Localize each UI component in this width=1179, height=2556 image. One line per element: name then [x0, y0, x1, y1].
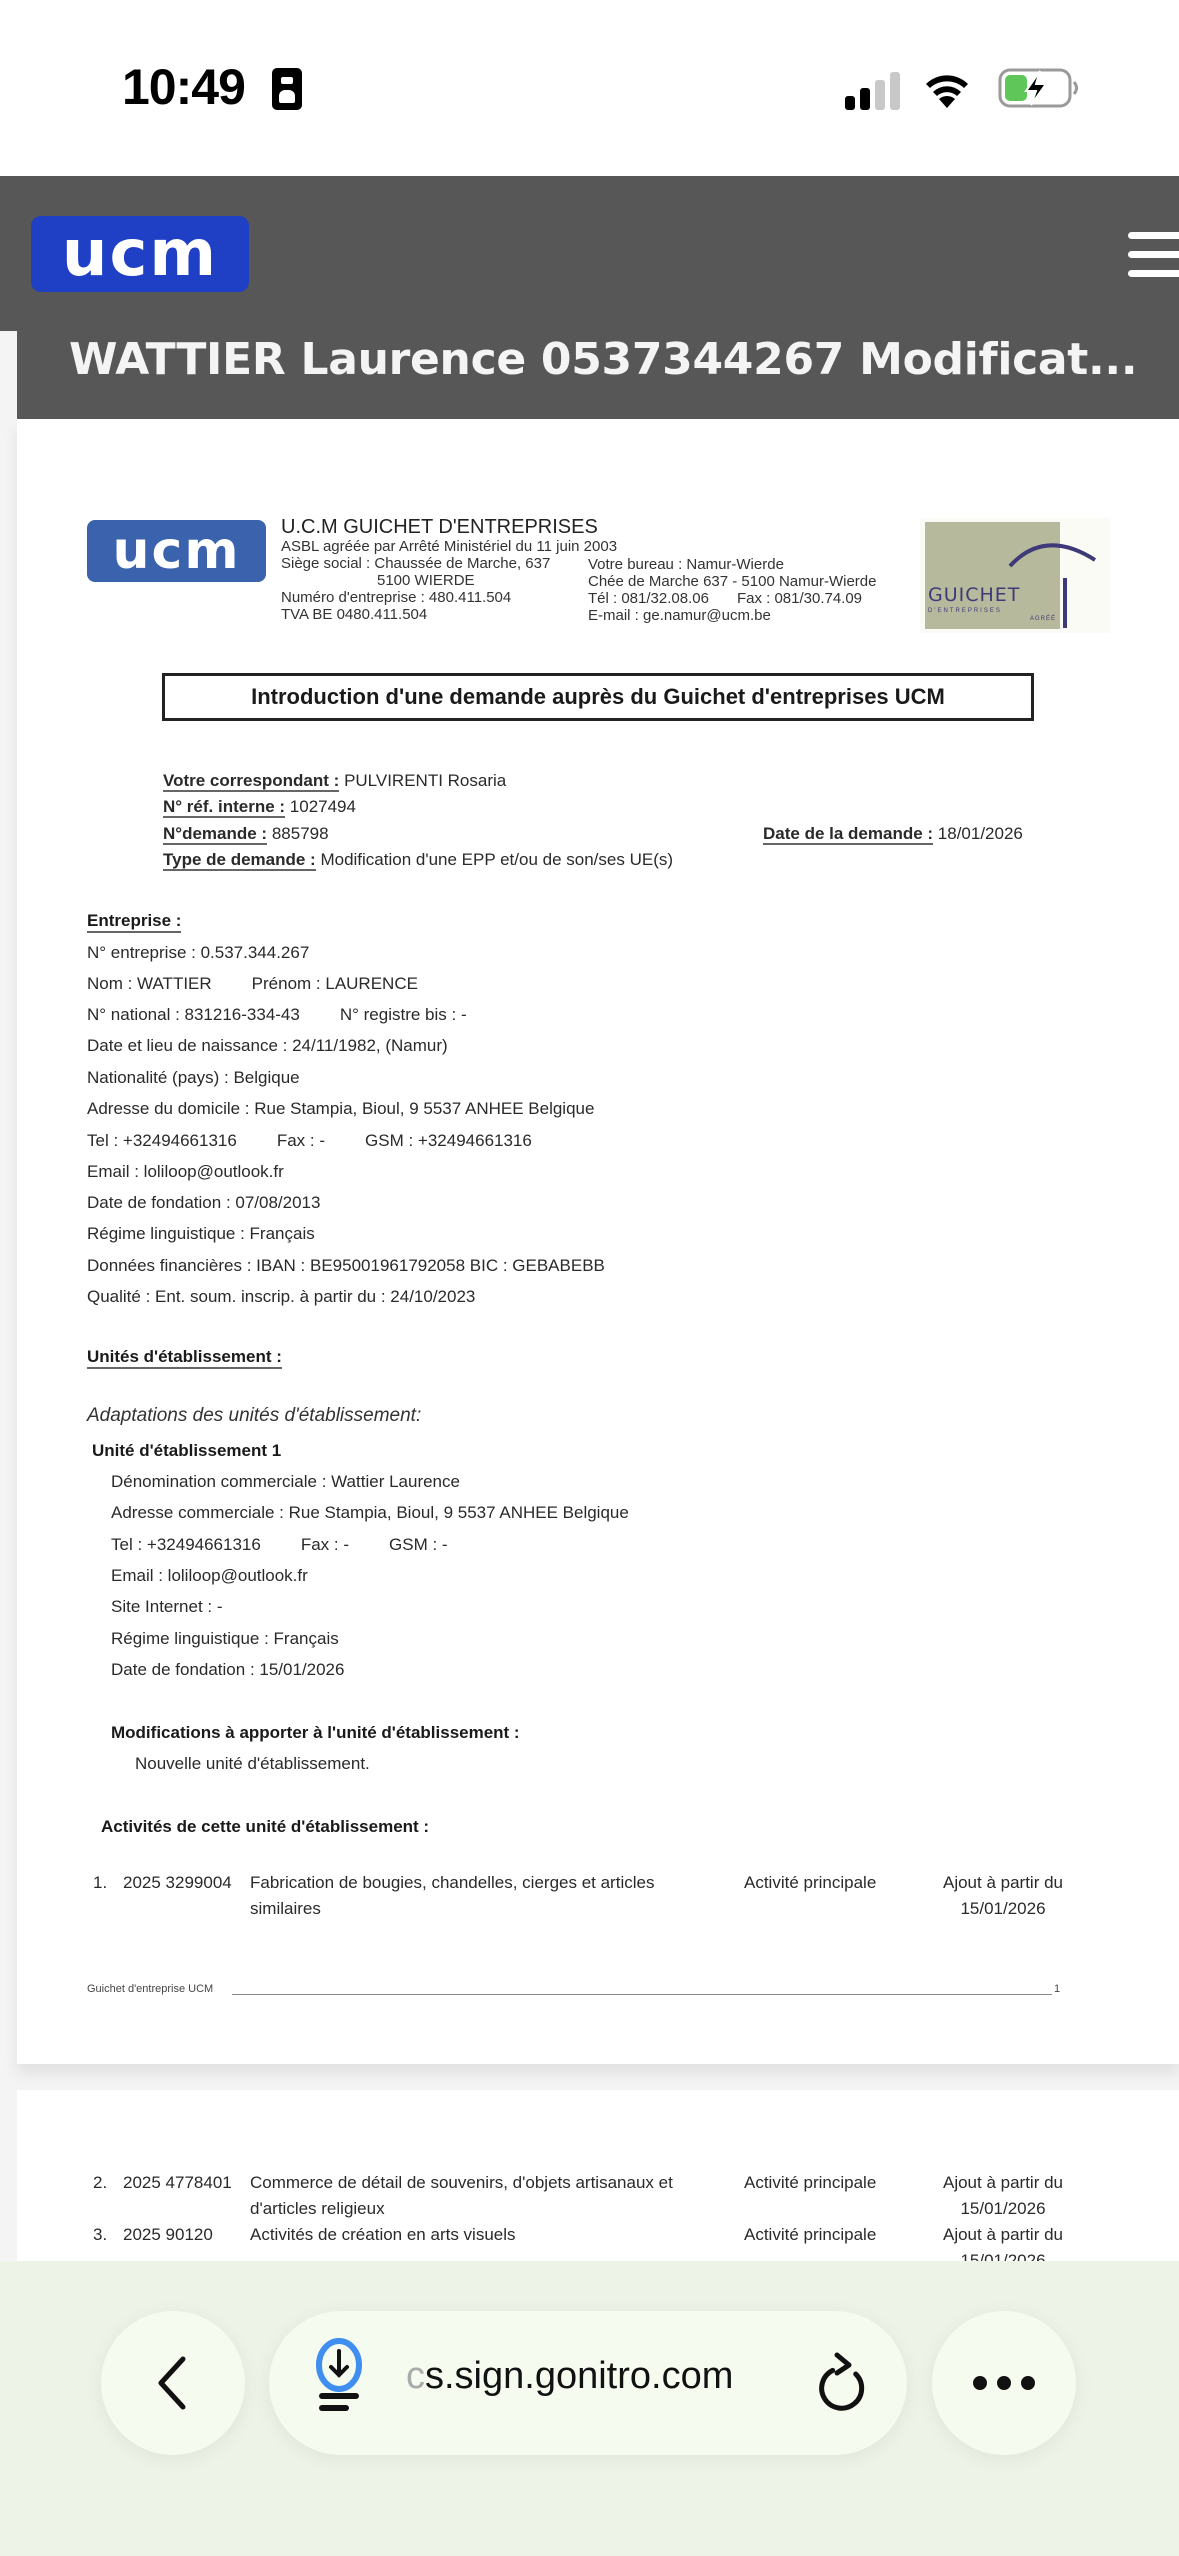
- office-email: E-mail : ge.namur@ucm.be: [588, 607, 876, 624]
- address-bar[interactable]: cs.sign.gonitro.com: [269, 2311, 907, 2455]
- document-heading: Introduction d'une demande auprès du Gui…: [162, 673, 1034, 721]
- unit-email: Email : loliloop@outlook.fr: [111, 1566, 308, 1586]
- office-name: Votre bureau : Namur-Wierde: [588, 556, 876, 573]
- entreprise-qualite: Qualité : Ent. soum. inscrip. à partir d…: [87, 1287, 475, 1307]
- correspondant-row: Votre correspondant : PULVIRENTI Rosaria: [163, 771, 506, 791]
- download-icon[interactable]: [313, 2337, 369, 2417]
- letterhead-right: Votre bureau : Namur-Wierde Chée de Marc…: [588, 556, 876, 624]
- unit-regime: Régime linguistique : Français: [111, 1629, 339, 1649]
- more-button[interactable]: [932, 2311, 1076, 2455]
- demande-row: N°demande : 885798: [163, 824, 329, 844]
- unites-heading: Unités d'établissement :: [87, 1347, 282, 1369]
- entreprise-heading: Entreprise :: [87, 911, 181, 933]
- entreprise-contact-row: Tel : +32494661316Fax : -GSM : +32494661…: [87, 1131, 532, 1151]
- reload-icon[interactable]: [809, 2351, 865, 2415]
- entreprise-naissance: Date et lieu de naissance : 24/11/1982, …: [87, 1036, 448, 1056]
- ref-row: N° réf. interne : 1027494: [163, 797, 356, 817]
- office-address: Chée de Marche 637 - 5100 Namur-Wierde: [588, 573, 876, 590]
- person-card-icon: [272, 68, 302, 110]
- type-row: Type de demande : Modification d'une EPP…: [163, 850, 673, 870]
- modifications-heading: Modifications à apporter à l'unité d'éta…: [111, 1723, 520, 1743]
- entreprise-fondation: Date de fondation : 07/08/2013: [87, 1193, 320, 1213]
- org-tva: TVA BE 0480.411.504: [281, 606, 617, 623]
- arc-icon: [920, 518, 1110, 633]
- browser-toolbar: cs.sign.gonitro.com: [0, 2261, 1179, 2556]
- org-siege: Siège social : Chaussée de Marche, 637: [281, 555, 617, 572]
- entreprise-financieres: Données financières : IBAN : BE950019617…: [87, 1256, 605, 1276]
- activites-heading: Activités de cette unité d'établissement…: [101, 1817, 429, 1837]
- entreprise-regime: Régime linguistique : Français: [87, 1224, 315, 1244]
- entreprise-nom-row: Nom : WATTIERPrénom : LAURENCE: [87, 974, 418, 994]
- org-numero: Numéro d'entreprise : 480.411.504: [281, 589, 617, 606]
- unit-site: Site Internet : -: [111, 1597, 223, 1617]
- org-siege-city: 5100 WIERDE: [281, 572, 617, 589]
- guichet-logo: GUICHET D'ENTREPRISES AGRÉÉ: [920, 518, 1110, 633]
- date-row: Date de la demande : 18/01/2026: [763, 824, 1023, 844]
- document-title-bar: WATTIER Laurence 0537344267 Modificat...: [17, 331, 1179, 419]
- activity-row: 1. 2025 3299004 Fabrication de bougies, …: [93, 1870, 1093, 1926]
- hamburger-menu-icon[interactable]: [1128, 232, 1179, 278]
- ucm-logo[interactable]: UCM: [31, 216, 249, 292]
- activity-row: 2. 2025 4778401 Commerce de détail de so…: [93, 2170, 1093, 2226]
- unit-fondation: Date de fondation : 15/01/2026: [111, 1660, 344, 1680]
- org-name: U.C.M GUICHET D'ENTREPRISES: [281, 516, 617, 538]
- org-approval: ASBL agréée par Arrêté Ministériel du 11…: [281, 538, 617, 555]
- office-phone-fax: Tél : 081/32.08.06Fax : 081/30.74.09: [588, 590, 876, 607]
- unit-denomination: Dénomination commerciale : Wattier Laure…: [111, 1472, 460, 1492]
- modifications-text: Nouvelle unité d'établissement.: [135, 1754, 370, 1774]
- back-button[interactable]: [101, 2311, 245, 2455]
- entreprise-adresse: Adresse du domicile : Rue Stampia, Bioul…: [87, 1099, 594, 1119]
- wifi-icon: [922, 66, 972, 110]
- letterhead-ucm-logo: UCM: [87, 520, 266, 582]
- letterhead-left: U.C.M GUICHET D'ENTREPRISES ASBL agréée …: [281, 516, 617, 623]
- battery-charging-icon: [998, 67, 1080, 109]
- entreprise-national-row: N° national : 831216-334-43N° registre b…: [87, 1005, 467, 1025]
- cellular-signal-icon: [845, 70, 905, 110]
- chevron-left-icon: [153, 2355, 193, 2411]
- document-title: WATTIER Laurence 0537344267 Modificat...: [69, 334, 1137, 385]
- unit-contact-row: Tel : +32494661316Fax : -GSM : -: [111, 1535, 448, 1555]
- unit-adresse: Adresse commerciale : Rue Stampia, Bioul…: [111, 1503, 629, 1523]
- more-dots-icon: [970, 2373, 1038, 2393]
- adaptations-heading: Adaptations des unités d'établissement:: [87, 1405, 421, 1427]
- entreprise-email: Email : loliloop@outlook.fr: [87, 1162, 284, 1182]
- site-header: UCM: [0, 176, 1179, 331]
- entreprise-numero: N° entreprise : 0.537.344.267: [87, 943, 309, 963]
- status-bar: 10:49: [0, 0, 1179, 176]
- entreprise-nationalite: Nationalité (pays) : Belgique: [87, 1068, 300, 1088]
- status-time: 10:49: [122, 58, 245, 116]
- unit-title: Unité d'établissement 1: [92, 1441, 281, 1461]
- page-footer: Guichet d'entreprise UCM 1: [87, 1983, 1062, 1995]
- url-text[interactable]: cs.sign.gonitro.com: [406, 2355, 733, 2398]
